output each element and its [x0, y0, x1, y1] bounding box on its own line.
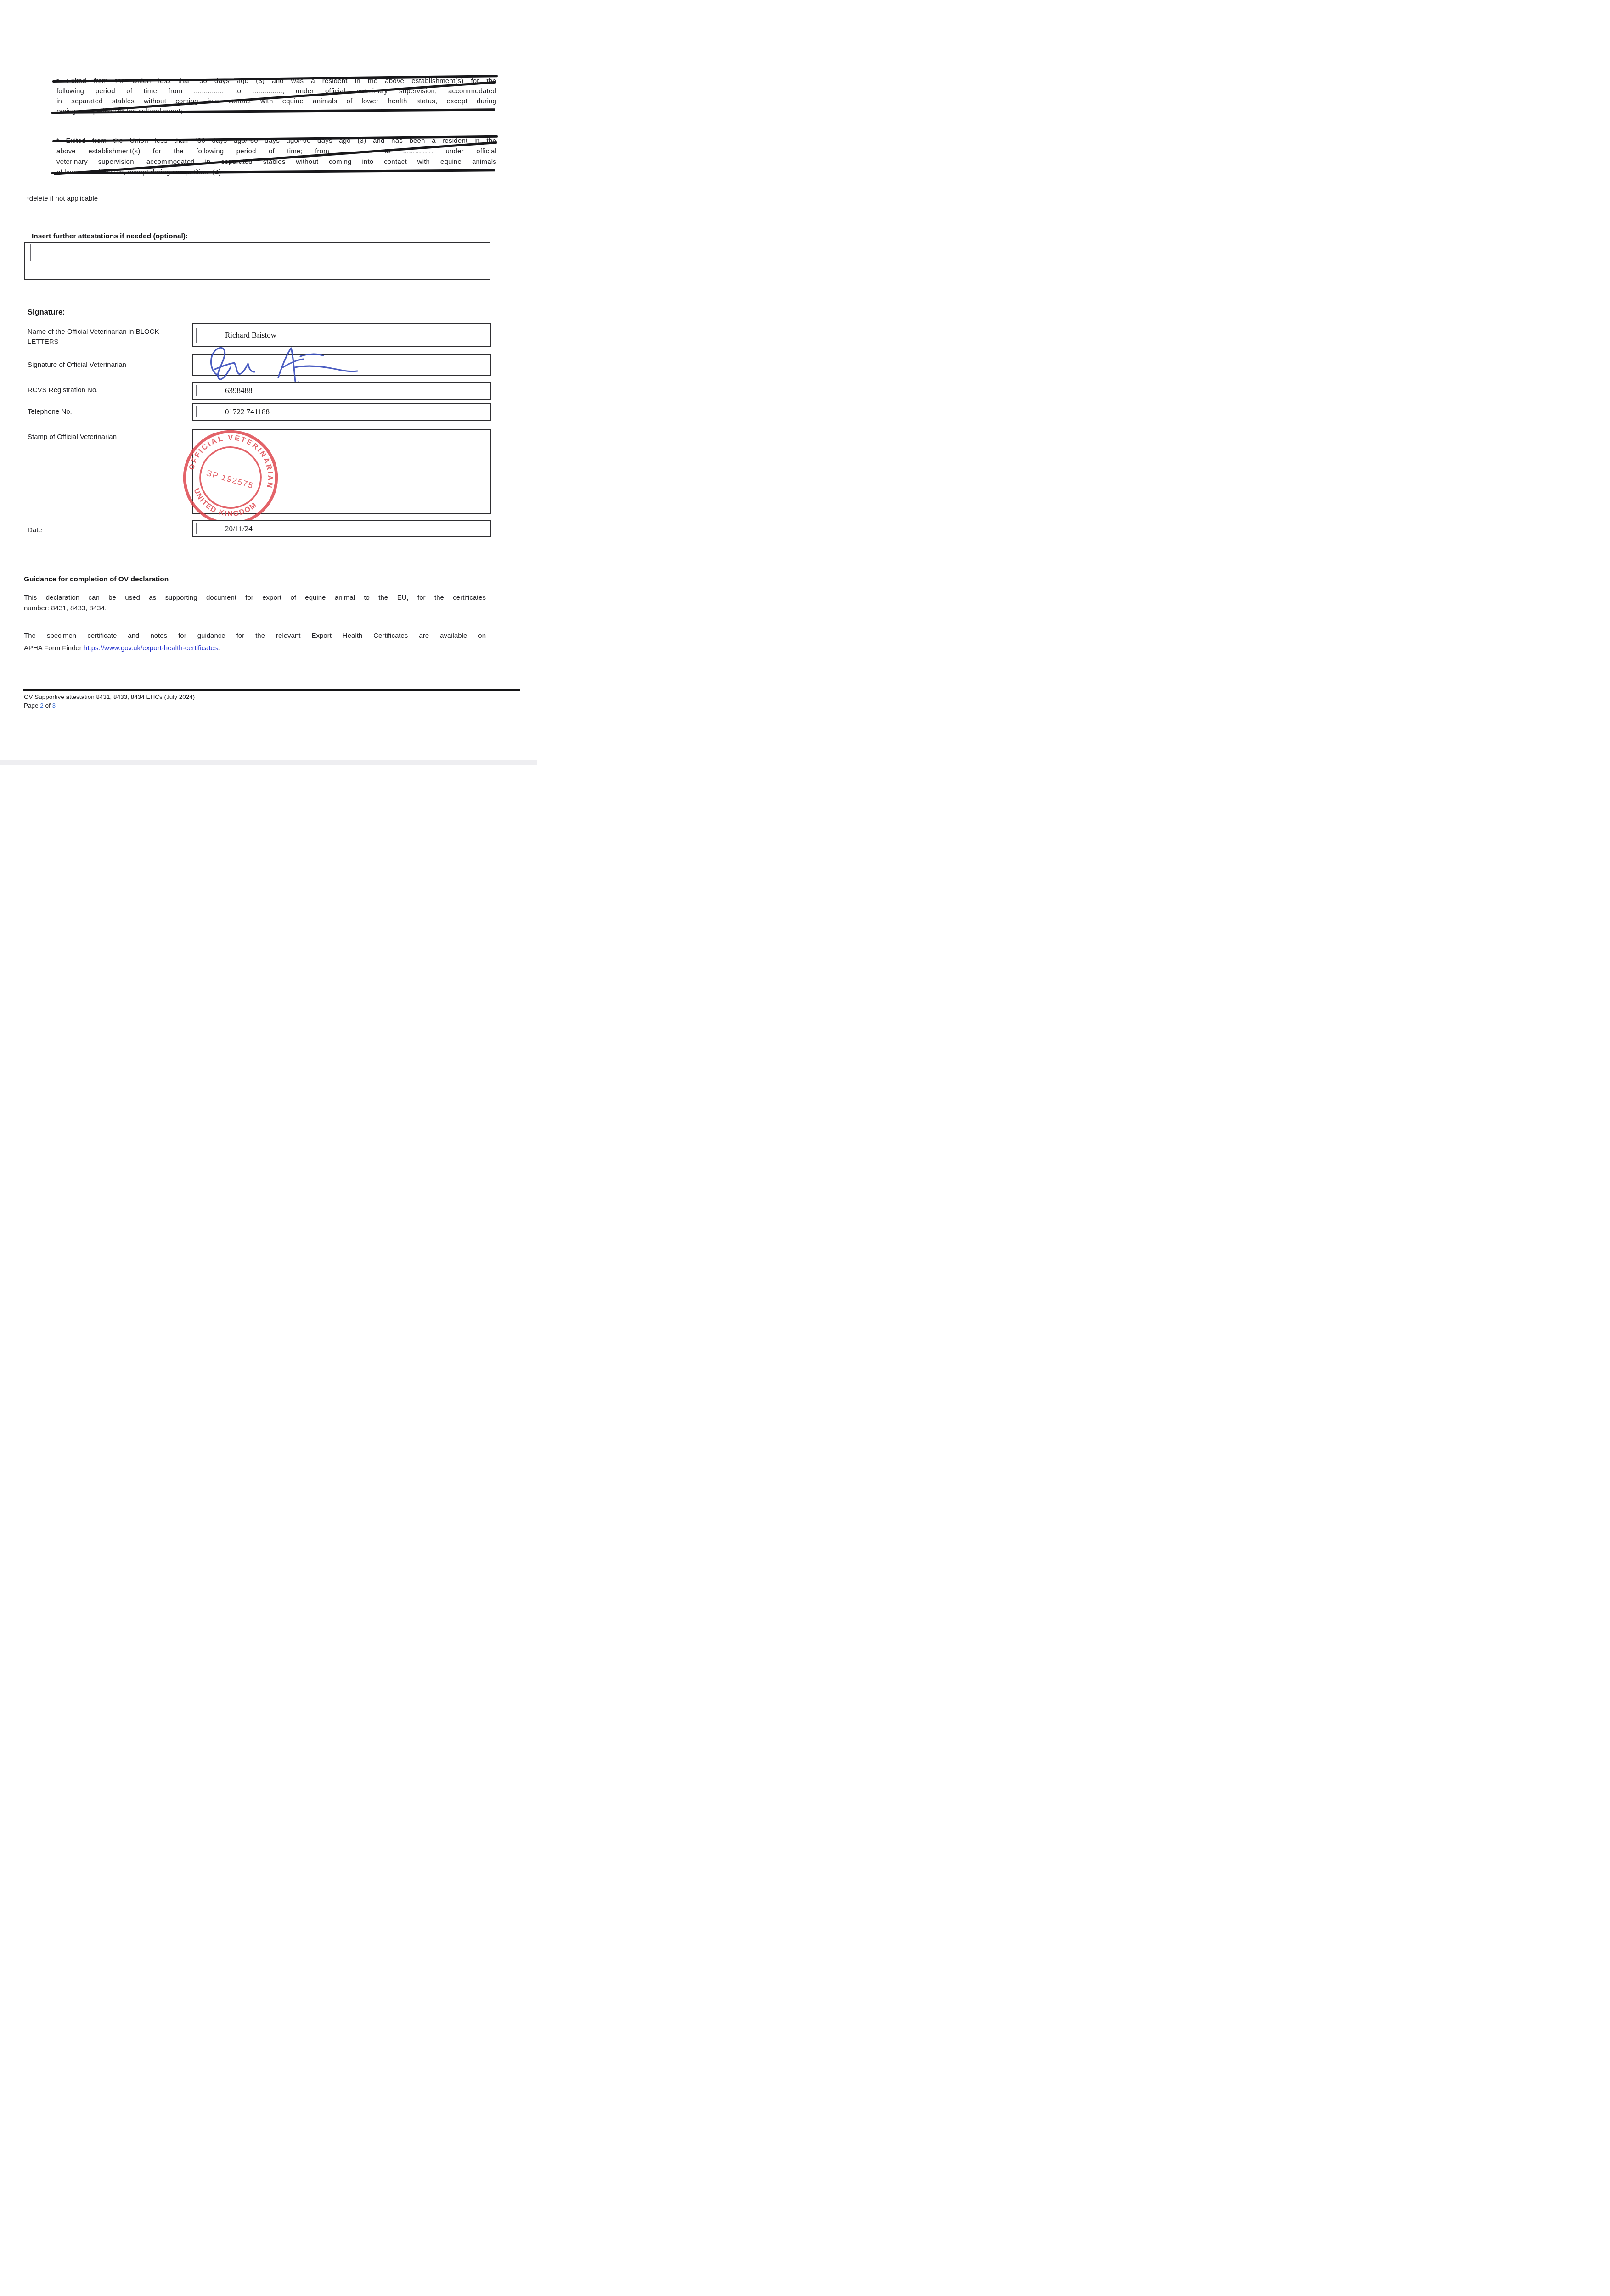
- cell-divider-tick: [220, 523, 220, 535]
- cell-divider-tick: [196, 328, 197, 343]
- signature-heading: Signature:: [28, 308, 65, 317]
- footer-doc-title: OV Supportive attestation 8431, 8433, 84…: [24, 693, 195, 700]
- page-total: 3: [52, 702, 56, 709]
- cell-divider-tick: [220, 385, 220, 397]
- handwritten-signature: [205, 339, 361, 385]
- page-of-word: of: [44, 702, 52, 709]
- further-attestations-box[interactable]: [24, 242, 490, 280]
- telephone-value: 01722 741188: [225, 407, 270, 416]
- document-page: * Exited from the Union less than 30 day…: [0, 0, 537, 765]
- cell-divider-tick: [196, 523, 197, 534]
- further-attestations-heading: Insert further attestations if needed (o…: [32, 232, 188, 241]
- ehc-link[interactable]: https://www.gov.uk/export-health-certifi…: [84, 644, 218, 652]
- guidance-paragraph-1: This declaration can be used as supporti…: [24, 592, 486, 613]
- apha-form-finder-text: APHA Form Finder: [24, 644, 84, 652]
- rcvs-label: RCVS Registration No.: [28, 386, 98, 394]
- delete-if-not-applicable-note: *delete if not applicable: [27, 195, 98, 203]
- ov-name-value: Richard Bristow: [225, 331, 276, 340]
- rcvs-value: 6398488: [225, 386, 253, 395]
- para-line: following period of time from ..........…: [56, 86, 496, 96]
- telephone-label: Telephone No.: [28, 408, 72, 416]
- page-current: 2: [40, 702, 44, 709]
- cell-divider-tick: [196, 406, 197, 417]
- cell-divider-tick: [30, 244, 31, 261]
- date-field[interactable]: 20/11/24: [192, 520, 491, 537]
- sentence-period: .: [218, 644, 220, 652]
- guidance-line: This declaration can be used as supporti…: [24, 592, 486, 603]
- date-label: Date: [28, 526, 42, 534]
- footer-rule: [23, 689, 520, 691]
- guidance-heading: Guidance for completion of OV declaratio…: [24, 575, 169, 584]
- stamp-center-number: SP 192575: [205, 468, 255, 491]
- date-value: 20/11/24: [225, 524, 253, 534]
- official-veterinarian-stamp: OFFICIAL VETERINARIAN UNITED KINGDOM SP …: [180, 426, 281, 529]
- footer-page-number: Page 2 of 3: [24, 702, 56, 709]
- guidance-line: The specimen certificate and notes for g…: [24, 630, 486, 642]
- guidance-line: number: 8431, 8433, 8434.: [24, 603, 486, 613]
- guidance-line: APHA Form Finder https://www.gov.uk/expo…: [24, 642, 486, 654]
- stamp-label: Stamp of Official Veterinarian: [28, 433, 117, 441]
- page-word: Page: [24, 702, 40, 709]
- guidance-paragraph-2: The specimen certificate and notes for g…: [24, 630, 486, 654]
- scan-edge-artifact: [0, 760, 537, 765]
- rcvs-field[interactable]: 6398488: [192, 382, 491, 400]
- cell-divider-tick: [220, 406, 220, 418]
- signature-of-ov-label: Signature of Official Veterinarian: [28, 361, 126, 369]
- telephone-field[interactable]: 01722 741188: [192, 403, 491, 421]
- cell-divider-tick: [196, 385, 197, 396]
- name-label: Name of the Official Veterinarian in BLO…: [28, 327, 168, 347]
